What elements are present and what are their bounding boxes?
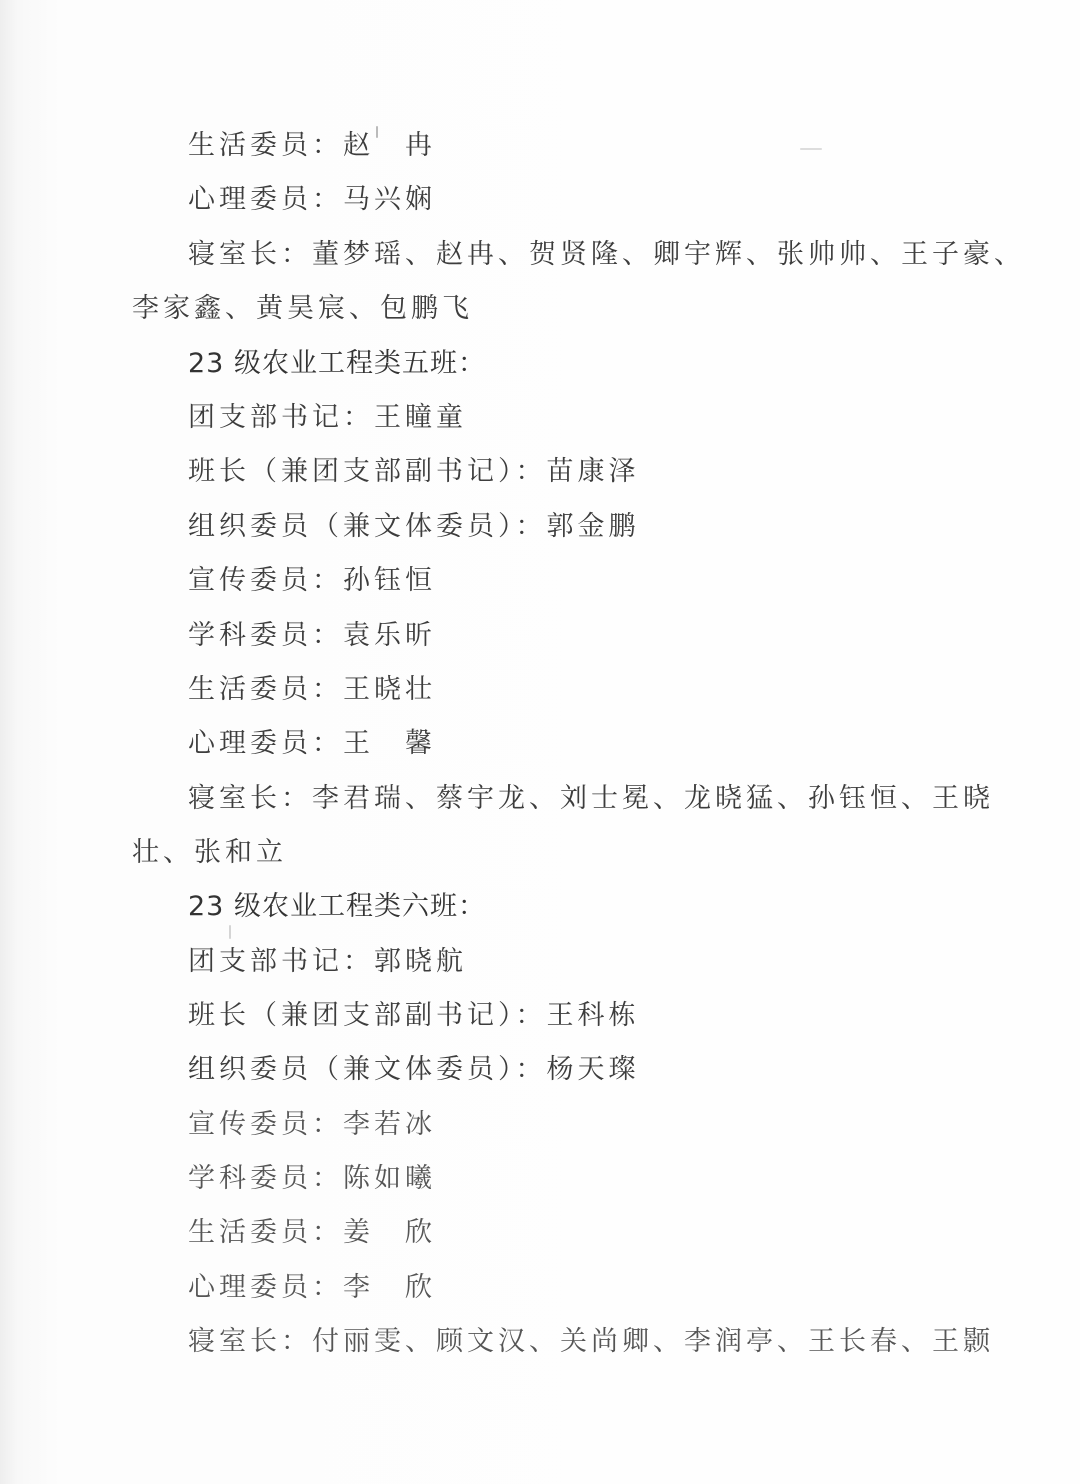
- role-line-dorm-heads: 寝室长：付丽雯、顾文汉、关尚卿、李润亭、王长春、王颢: [188, 1322, 994, 1362]
- role-line-life-committee: 生活委员：王晓壮: [188, 670, 436, 710]
- role-line-monitor: 班长（兼团支部副书记）：苗康泽: [188, 452, 640, 492]
- role-line-academic-committee: 学科委员：陈如曦: [188, 1159, 436, 1199]
- section-heading-class-6: 23 级农业工程类六班：: [188, 887, 486, 927]
- scan-artifact: [800, 148, 822, 150]
- role-line-psych-committee: 心理委员：李 欣: [188, 1268, 436, 1308]
- section-heading-class-5: 23 级农业工程类五班：: [188, 344, 486, 384]
- role-line-dorm-heads: 寝室长：李君瑞、蔡宇龙、刘士冕、龙晓猛、孙钰恒、王晓: [188, 779, 994, 819]
- role-line-dorm-heads-continued: 李家鑫、黄昊宸、包鹏飞: [132, 289, 473, 329]
- role-line-publicity-committee: 宣传委员：孙钰恒: [188, 561, 436, 601]
- role-line-organization-committee: 组织委员（兼文体委员）：杨天璨: [188, 1050, 640, 1090]
- role-line-psych-committee: 心理委员：王 馨: [188, 724, 436, 764]
- role-line-organization-committee: 组织委员（兼文体委员）：郭金鹏: [188, 507, 640, 547]
- role-line-life-committee: 生活委员：赵 冉: [188, 126, 436, 166]
- role-line-academic-committee: 学科委员：袁乐昕: [188, 616, 436, 656]
- role-line-psych-committee: 心理委员：马兴娴: [188, 180, 436, 220]
- role-line-dorm-heads: 寝室长：董梦瑶、赵冉、贺贤隆、卿宇辉、张帅帅、王子豪、: [188, 235, 1025, 275]
- role-line-monitor: 班长（兼团支部副书记）：王科栋: [188, 996, 640, 1036]
- role-line-life-committee: 生活委员：姜 欣: [188, 1213, 436, 1253]
- role-line-publicity-committee: 宣传委员：李若冰: [188, 1105, 436, 1145]
- document-page: 生活委员：赵 冉 心理委员：马兴娴 寝室长：董梦瑶、赵冉、贺贤隆、卿宇辉、张帅帅…: [0, 0, 1080, 1484]
- scan-artifact: [376, 126, 378, 138]
- scan-artifact: [229, 925, 231, 939]
- role-line-league-secretary: 团支部书记：王瞳童: [188, 398, 467, 438]
- role-line-dorm-heads-continued: 壮、张和立: [132, 833, 287, 873]
- role-line-league-secretary: 团支部书记：郭晓航: [188, 942, 467, 982]
